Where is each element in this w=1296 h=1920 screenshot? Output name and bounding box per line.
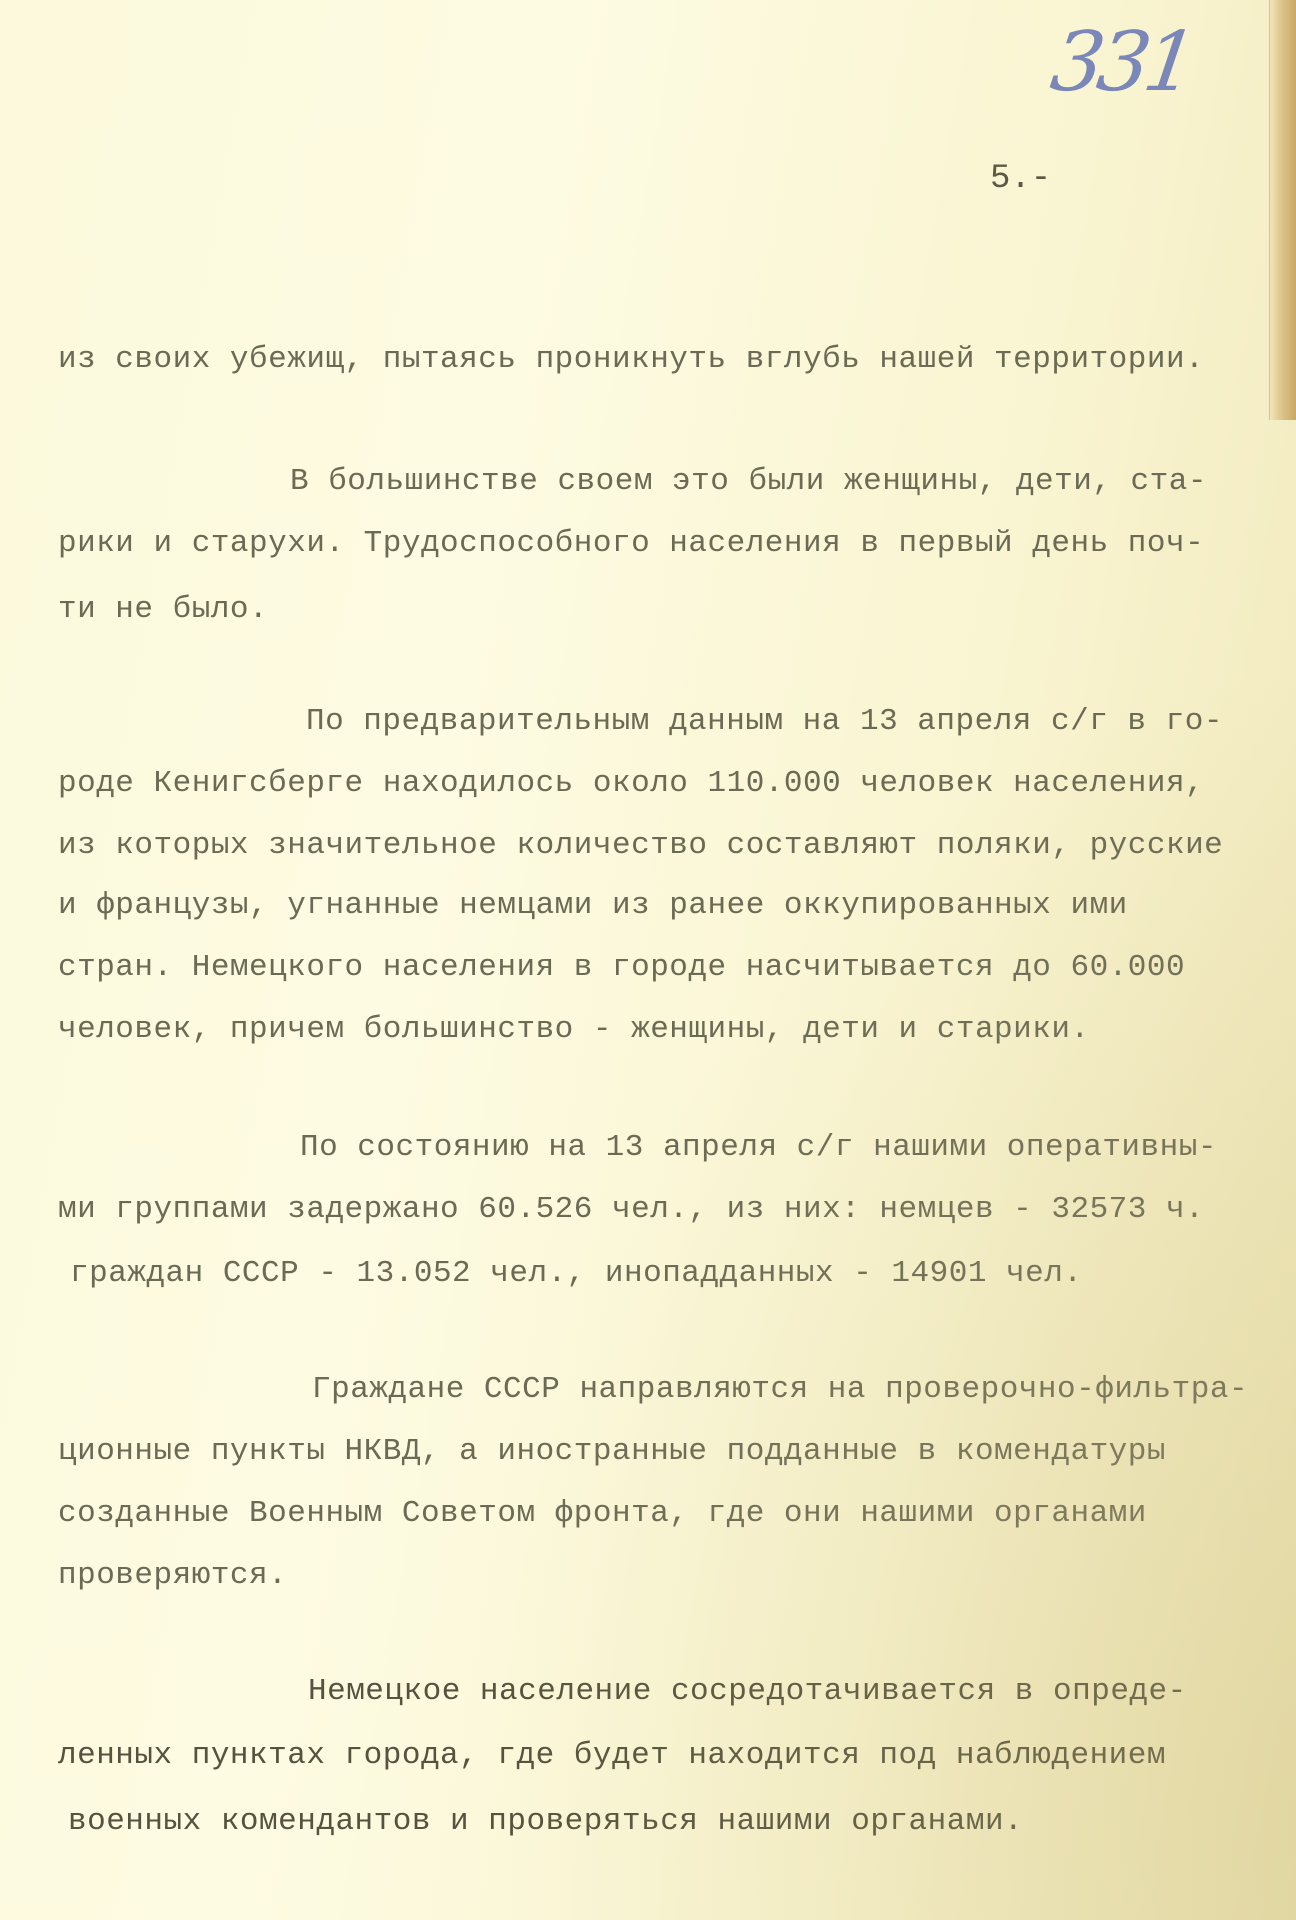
paragraph-start-line: По предварительным данным на 13 апреля с… — [306, 704, 1223, 739]
text-line: рики и старухи. Трудоспособного населени… — [58, 526, 1204, 561]
text-line: из своих убежищ, пытаясь проникнуть вглу… — [58, 342, 1204, 377]
archive-sheet-number: 331 — [1046, 22, 1196, 104]
text-line: ти не было. — [58, 592, 268, 627]
paragraph-start-line: Немецкое население сосредотачивается в о… — [308, 1674, 1187, 1709]
paragraph-start-line: По состоянию на 13 апреля с/г нашими опе… — [300, 1130, 1217, 1165]
document-page: 331 5.- из своих убежищ, пытаясь проникн… — [0, 0, 1296, 1920]
paper-edge — [1269, 0, 1296, 420]
text-line: и французы, угнанные немцами из ранее ок… — [58, 888, 1128, 923]
paragraph-start-line: В большинстве своем это были женщины, де… — [290, 464, 1207, 499]
text-line: ленных пунктах города, где будет находит… — [58, 1738, 1166, 1773]
paragraph-start-line: Граждане СССР направляются на проверочно… — [312, 1372, 1248, 1407]
text-line: созданные Военным Советом фронта, где он… — [58, 1496, 1147, 1531]
text-line: ционные пункты НКВД, а иностранные подда… — [58, 1434, 1166, 1469]
text-line: стран. Немецкого населения в городе насч… — [58, 950, 1185, 985]
text-line: граждан СССР - 13.052 чел., инопадданных… — [70, 1256, 1082, 1291]
page-number: 5.- — [990, 160, 1051, 198]
text-line: человек, причем большинство - женщины, д… — [58, 1012, 1090, 1047]
text-line: проверяются. — [58, 1558, 287, 1593]
text-line: военных комендантов и проверяться нашими… — [68, 1804, 1023, 1839]
text-line: из которых значительное количество соста… — [58, 828, 1223, 863]
text-line: ми группами задержано 60.526 чел., из ни… — [58, 1192, 1204, 1227]
text-line: роде Кенигсберге находилось около 110.00… — [58, 766, 1204, 801]
